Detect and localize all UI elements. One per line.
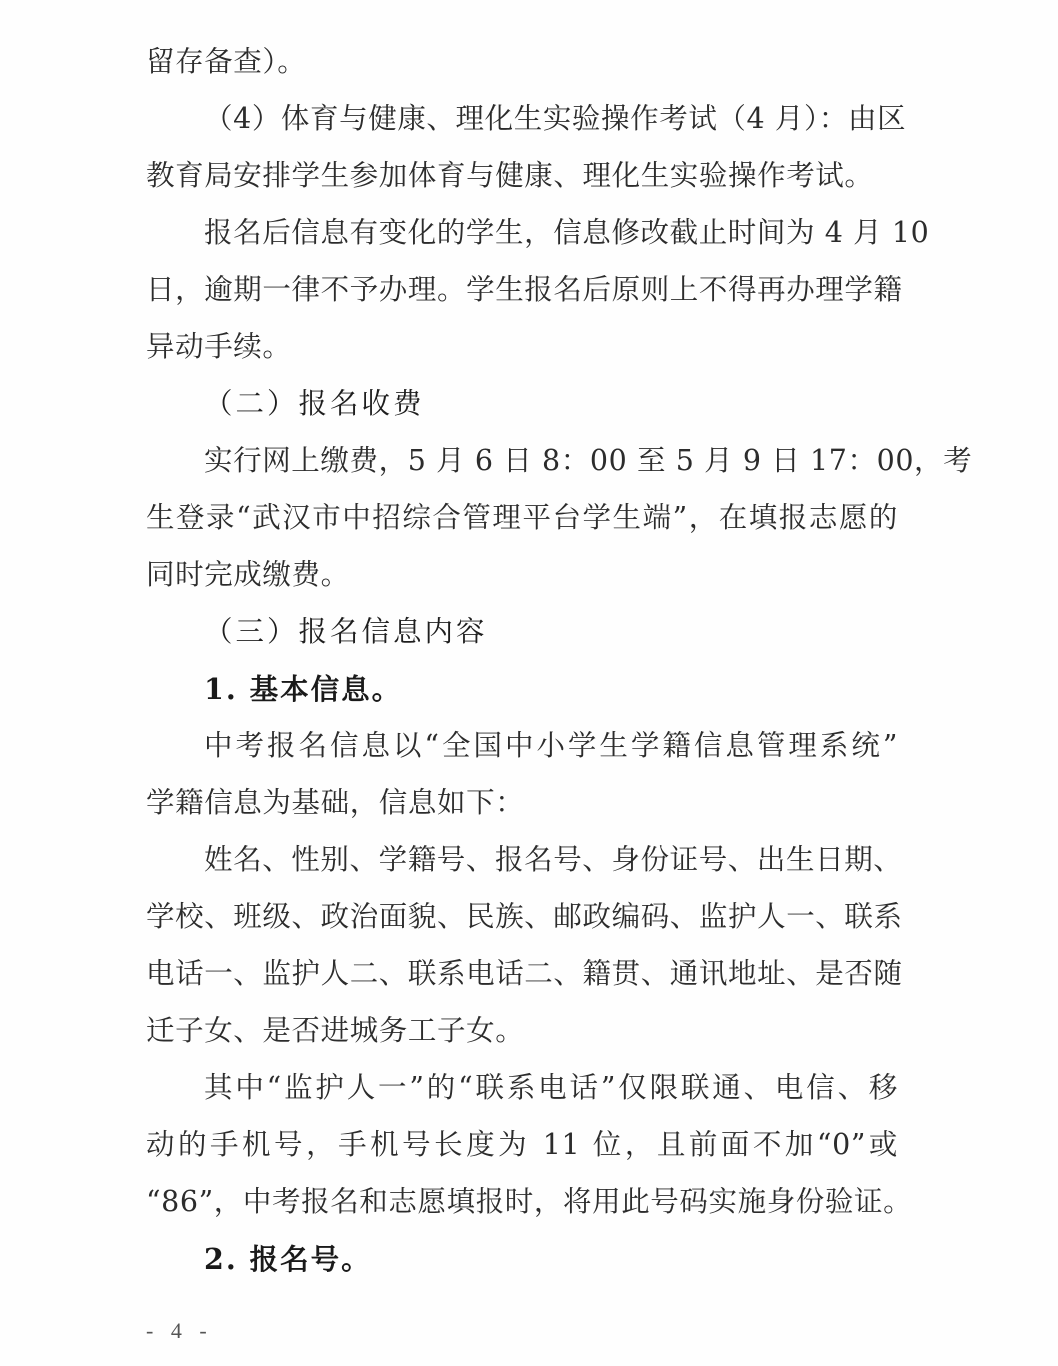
text-line-field-list: 电话一、监护人二、联系电话二、籍贯、通讯地址、是否随 (146, 954, 898, 994)
text-line: 异动手续。 (146, 327, 292, 367)
page-number: - 4 - (146, 1316, 213, 1346)
text-line-continuation: 留存备查）。 (146, 42, 306, 82)
text-line-field-list: 迁子女、是否进城务工子女。 (146, 1011, 524, 1051)
text-line-info-change-deadline: 报名后信息有变化的学生，信息修改截止时间为 4 月 10 (204, 213, 898, 253)
text-line-field-list: 姓名、性别、学籍号、报名号、身份证号、出生日期、 (204, 840, 898, 880)
subheading-registration-number: 2. 报名号。 (204, 1239, 372, 1279)
text-line: 同时完成缴费。 (146, 555, 350, 595)
text-line: 学籍信息为基础，信息如下： (146, 783, 524, 823)
text-line: 中考报名信息以“全国中小学生学籍信息管理系统” (204, 726, 898, 766)
text-line-phone-requirement: 其中“监护人一”的“联系电话”仅限联通、电信、移 (204, 1068, 898, 1108)
text-line-payment-period: 实行网上缴费，5 月 6 日 8：00 至 5 月 9 日 17：00，考 (204, 441, 898, 481)
text-line-field-list: 学校、班级、政治面貌、民族、邮政编码、监护人一、联系 (146, 897, 898, 937)
text-line: 动的手机号，手机号长度为 11 位，且前面不加“0”或 (146, 1125, 898, 1165)
document-page: 留存备查）。 （4）体育与健康、理化生实验操作考试（4 月）：由区 教育局安排学… (0, 0, 1058, 1366)
text-line: 日，逾期一律不予办理。学生报名后原则上不得再办理学籍 (146, 270, 898, 310)
section-heading-fees: （二）报名收费 (204, 384, 425, 424)
subheading-basic-info: 1. 基本信息。 (204, 669, 402, 709)
text-line: 生登录“武汉市中招综合管理平台学生端”，在填报志愿的 (146, 498, 898, 538)
text-line: 教育局安排学生参加体育与健康、理化生实验操作考试。 (146, 156, 874, 196)
text-line-exam-item-4: （4）体育与健康、理化生实验操作考试（4 月）：由区 (204, 99, 898, 139)
text-line: “86”，中考报名和志愿填报时，将用此号码实施身份验证。 (146, 1182, 898, 1222)
section-heading-registration-info: （三）报名信息内容 (204, 612, 488, 652)
